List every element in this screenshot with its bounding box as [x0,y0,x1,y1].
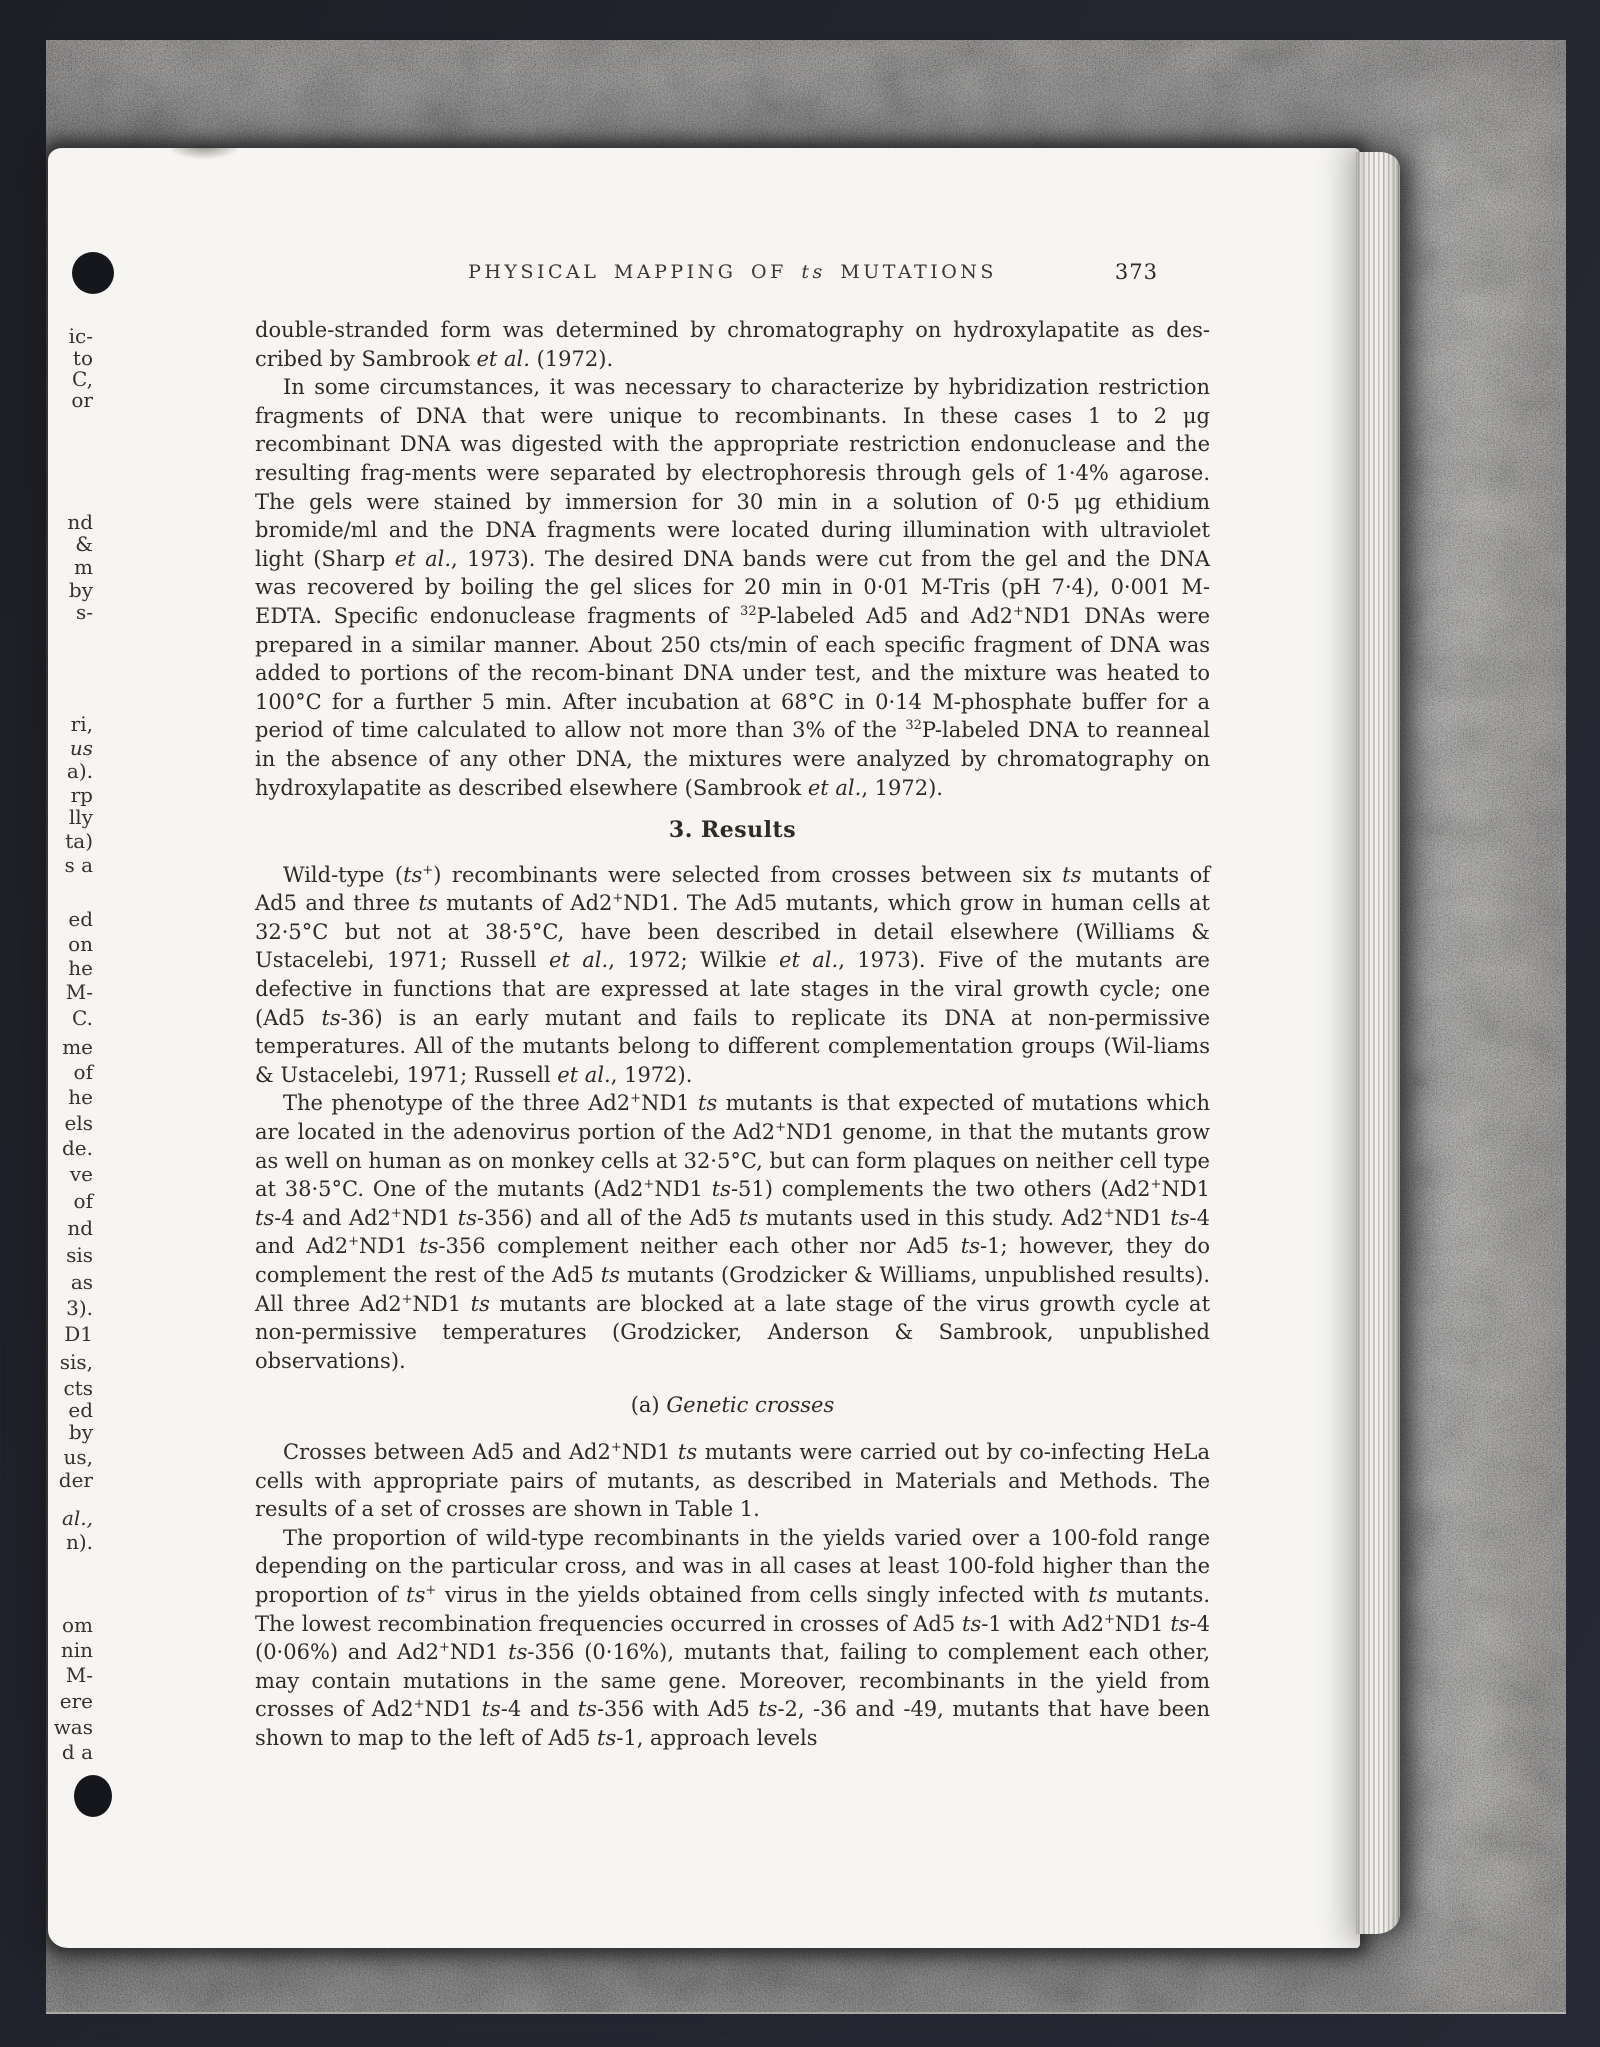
page-edge-text-fragment: on [68,933,93,955]
page-edge-text-fragment: ri, [71,713,93,735]
page-edge-text-fragment: 3). [66,1297,93,1319]
facing-page-text-column: ic-toC,ornd&mbys-ri,usa).rpllyta)s aedon… [48,148,96,1948]
page-number: 373 [1115,258,1158,287]
page-edge-text-fragment: of [74,1190,93,1212]
page-edge-text-fragment: s a [64,854,93,876]
section-heading-results: 3. Results [255,816,1210,845]
page-edge-text-fragment: s- [76,601,93,623]
page-edge-text-fragment: de. [62,1137,93,1159]
page-edge-text-fragment: lly [69,806,93,828]
page-edge-text-fragment: n). [66,1531,93,1553]
subsection-heading-genetic-crosses: (a) Genetic crosses [255,1391,1210,1420]
page-edge-text-fragment: he [68,957,93,979]
page-edge-text-fragment: cts [63,1377,93,1399]
page-edge-text-fragment: ed [68,1399,93,1421]
page-edge-text-fragment: nin [61,1639,93,1661]
page-edge-text-fragment: D1 [64,1323,93,1345]
page-edge-text-fragment: by [69,1421,93,1443]
page-edge-text-fragment: me [62,1036,93,1058]
photo-scene: ic-toC,ornd&mbys-ri,usa).rpllyta)s aedon… [0,0,1600,2047]
page-edge-text-fragment: he [68,1086,93,1108]
page-edge-text-fragment: a). [67,760,93,782]
page-edge-text-fragment: al., [62,1507,93,1529]
page-edge-text-fragment: nd [67,511,93,533]
paragraph-crosses-proportion: The proportion of wild-type recombinants… [255,1524,1210,1753]
page-edge-text-fragment: was [54,1716,93,1738]
page-edge-text-fragment: by [69,579,93,601]
page-edge-text-fragment: ed [68,908,93,930]
page-edge-text-fragment: rp [71,784,93,806]
page-edge-text-fragment: of [74,1061,93,1083]
page-edge-text-fragment: m [74,556,93,578]
punch-hole-bottom [74,1775,112,1817]
paragraph-results-mutants: Wild-type (ts+) recombinants were select… [255,861,1210,1090]
page-edge-text-fragment: C. [72,1007,93,1029]
page-edge-text-fragment: ta) [65,830,93,852]
page-edge-text-fragment: M- [66,981,93,1003]
photocopy-sheet: ic-toC,ornd&mbys-ri,usa).rpllyta)s aedon… [46,40,1566,2014]
paragraph-results-phenotype: The phenotype of the three Ad2+ND1 ts mu… [255,1089,1210,1375]
page-edge-text-fragment: ve [70,1163,93,1185]
page-edge-text-fragment: us, [63,1446,93,1468]
page-edge-text-fragment: M- [66,1664,93,1686]
page-edge-text-fragment: nd [67,1217,93,1239]
page-edge-stack [1356,152,1400,1934]
punch-hole-top [72,252,114,294]
page-edge-text-fragment: der [59,1469,93,1491]
running-header: PHYSICAL MAPPING OF ts MUTATIONS 373 [255,258,1210,284]
page-edge-text-fragment: & [75,533,93,555]
paragraph-methods-hybridization: In some circumstances, it was necessary … [255,373,1210,802]
paragraph-methods-continuation: double-stranded form was determined by c… [255,316,1210,373]
page-edge-text-fragment: d a [62,1741,93,1763]
paragraph-crosses-intro: Crosses between Ad5 and Ad2+ND1 ts mutan… [255,1438,1210,1524]
page-edge-text-fragment: sis [66,1244,93,1266]
page-edge-text-fragment: ere [60,1690,93,1712]
page-edge-text-fragment: ic- [69,325,93,347]
page-edge-text-fragment: els [65,1112,94,1134]
page-text-column: PHYSICAL MAPPING OF ts MUTATIONS 373 dou… [255,258,1210,1753]
page-edge-text-fragment: as [71,1271,93,1293]
page-gutter-shadow [166,145,242,160]
page-edge-text-fragment: or [71,389,93,411]
page-edge-text-fragment: sis, [60,1351,93,1373]
page-edge-text-fragment: to [73,347,93,369]
book-page: ic-toC,ornd&mbys-ri,usa).rpllyta)s aedon… [48,148,1360,1948]
page-edge-text-fragment: C, [72,368,93,390]
page-edge-text-fragment: om [62,1614,93,1636]
running-header-title: PHYSICAL MAPPING OF ts MUTATIONS [255,258,1210,287]
page-edge-text-fragment: us [70,737,93,759]
